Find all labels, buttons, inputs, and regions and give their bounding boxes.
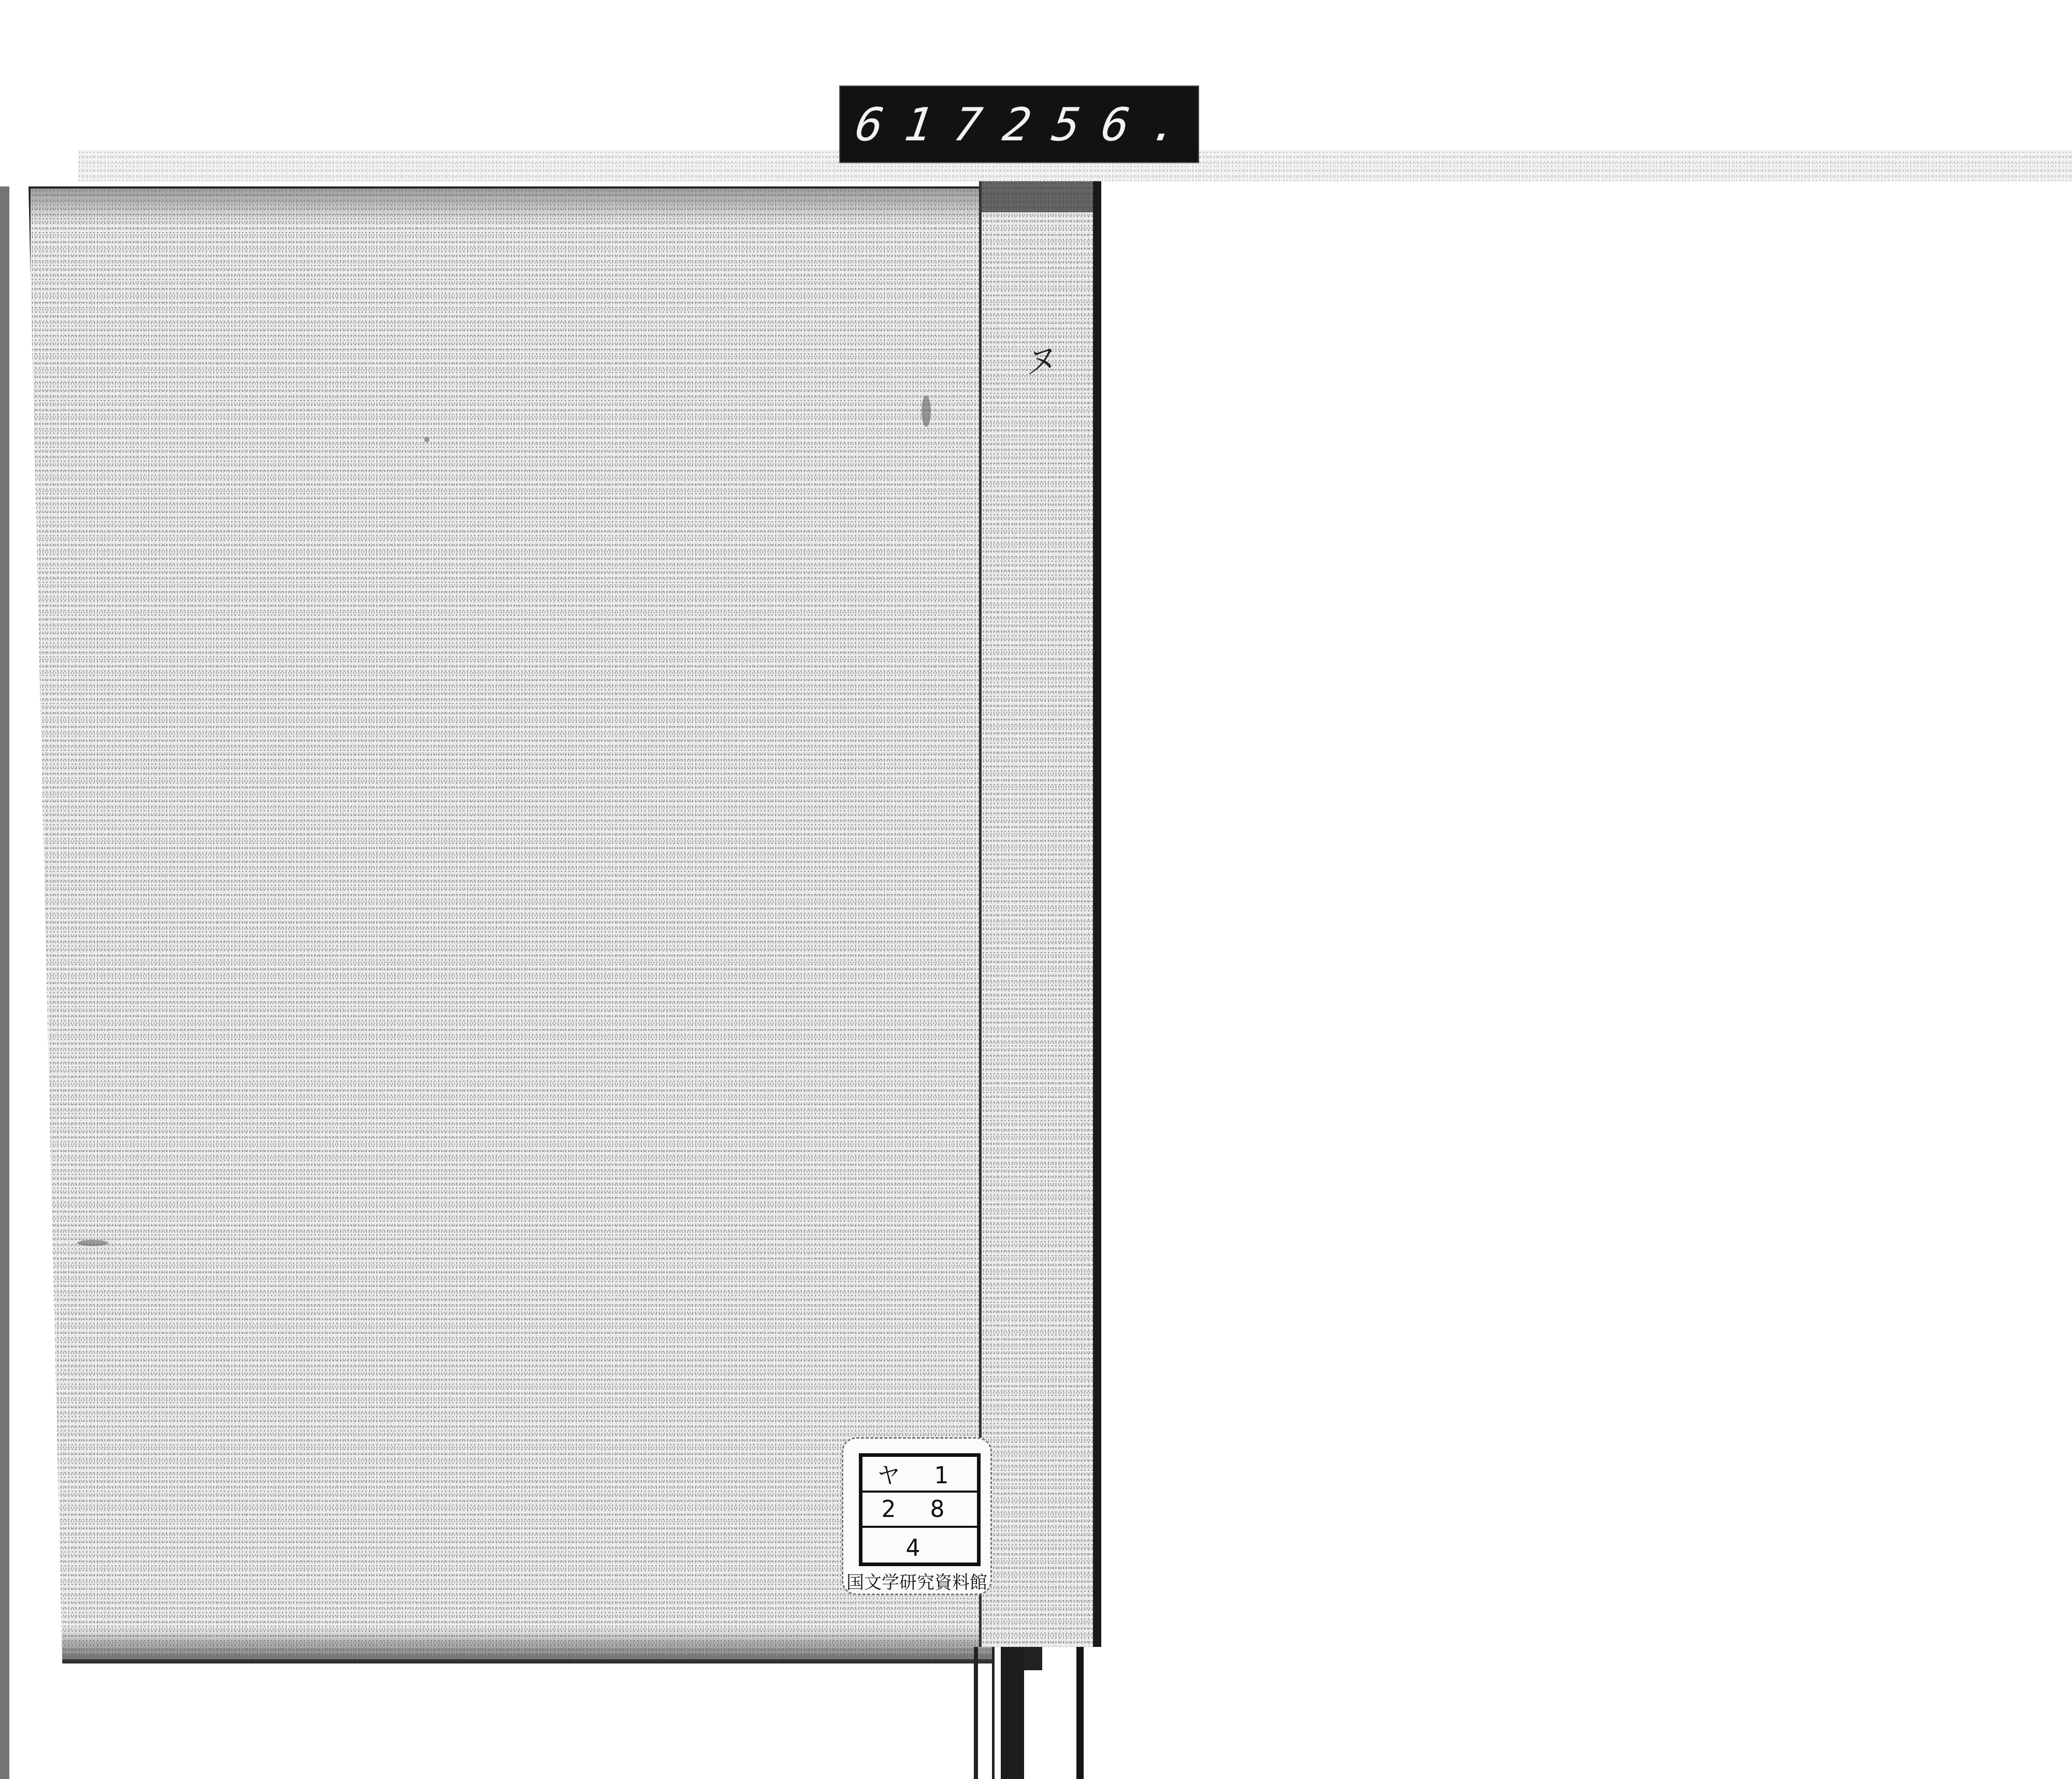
institution-name: 国文学研究資料館	[843, 1568, 990, 1594]
cover-top-shadow	[31, 189, 994, 225]
binding-edge-line	[974, 1647, 978, 1779]
call-number-box: ヤ 1 2 8 4	[859, 1453, 981, 1566]
reel-number-left: 617	[852, 98, 1007, 151]
binding-edge-line	[1076, 1647, 1084, 1779]
spine-handwritten-mark: ヌ	[1019, 334, 1058, 383]
ink-stain	[922, 396, 931, 427]
microfilm-reel-label: 617 256.	[839, 85, 1199, 163]
ink-stain	[424, 437, 429, 442]
library-call-number-label: ヤ 1 2 8 4 国文学研究資料館	[842, 1437, 992, 1595]
ink-stain	[77, 1240, 108, 1246]
reel-number-right: 256.	[1000, 98, 1204, 151]
call-number-row: 4	[862, 1526, 977, 1563]
adjacent-page-edge	[0, 186, 9, 1779]
cover-bottom-shadow	[31, 1628, 994, 1659]
call-number-row: 2 8	[862, 1491, 977, 1526]
spine-top-shadow	[982, 181, 1093, 212]
binding-shadow	[1001, 1647, 1024, 1779]
call-number-row: ヤ 1	[862, 1457, 977, 1491]
binding-edge-line	[992, 1647, 995, 1779]
book-spine-edge: ヌ	[979, 181, 1101, 1647]
